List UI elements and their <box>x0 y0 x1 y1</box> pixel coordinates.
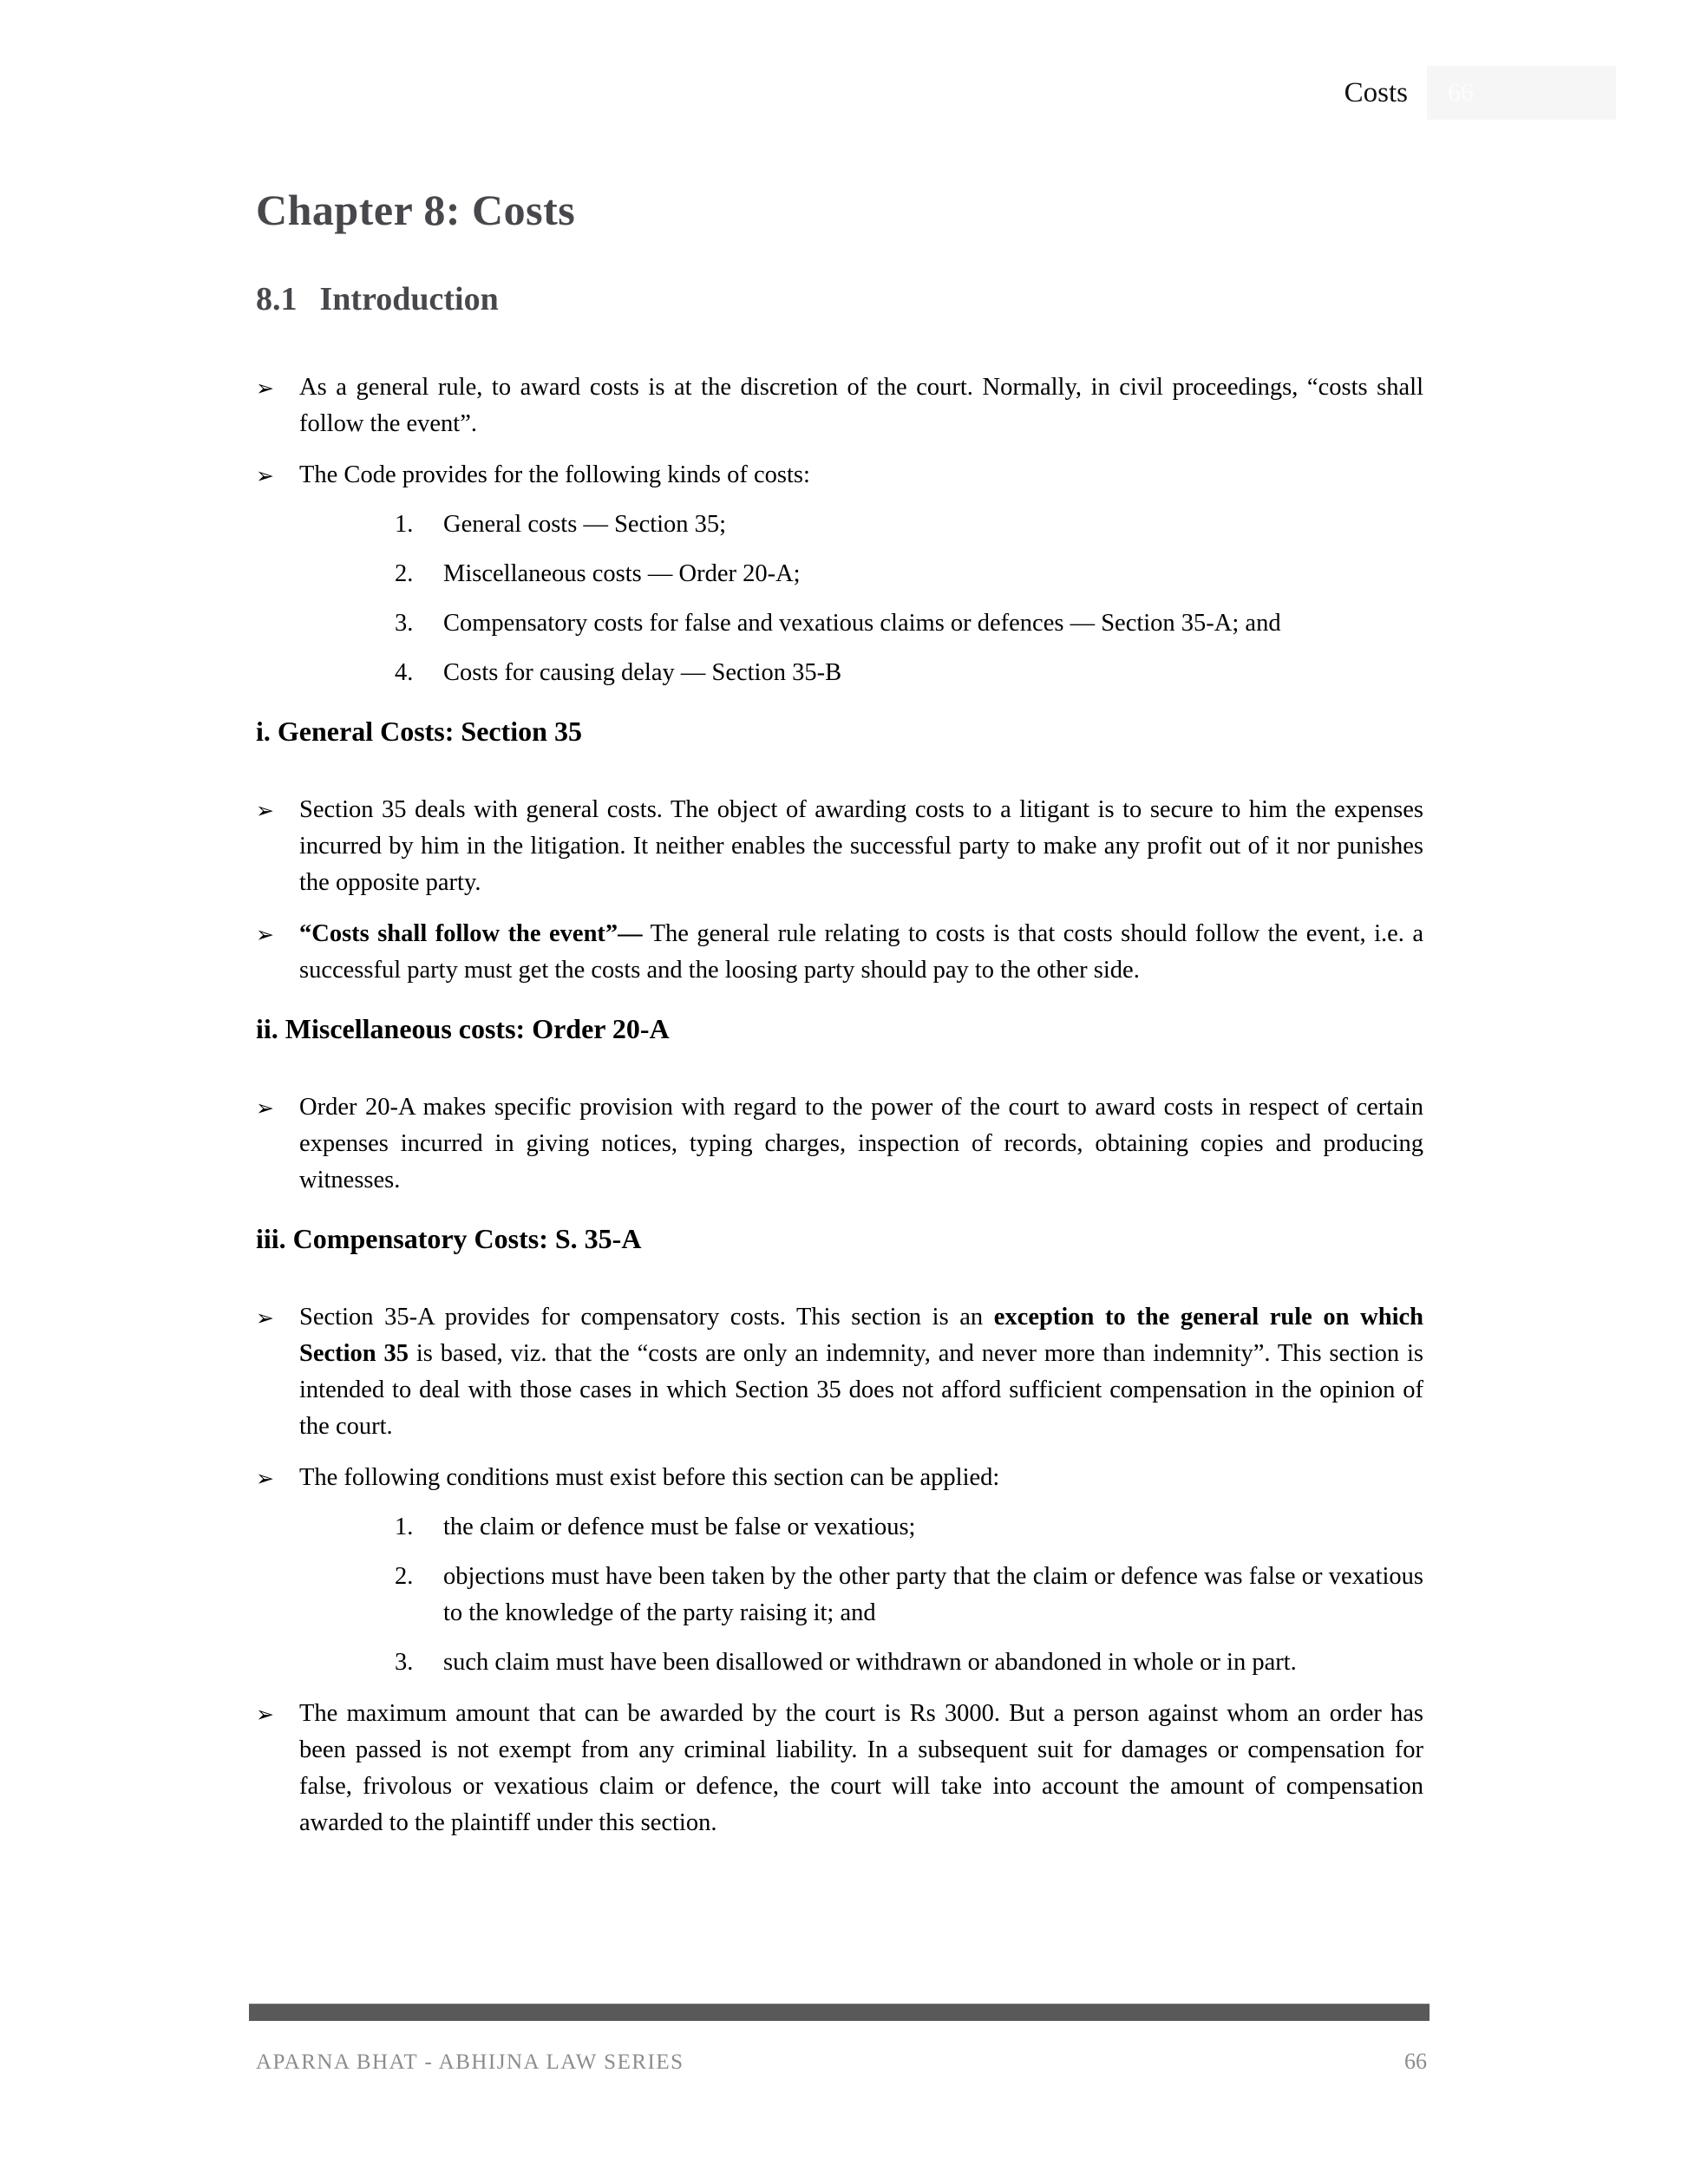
section-heading-compensatory-costs: iii. Compensatory Costs: S. 35-A <box>256 1221 1423 1256</box>
section-number: 8.1 <box>256 281 298 317</box>
paragraph-text: Order 20-A makes specific provision with… <box>299 1089 1423 1199</box>
list-item: 3. Compensatory costs for false and vexa… <box>395 605 1423 642</box>
list-item-text: such claim must have been disallowed or … <box>443 1645 1423 1681</box>
bullet-paragraph: ➢ The maximum amount that can be awarded… <box>256 1696 1423 1841</box>
bullet-paragraph: ➢ “Costs shall follow the event”— The ge… <box>256 916 1423 989</box>
arrow-bullet-icon: ➢ <box>256 1697 274 1733</box>
arrow-bullet-icon: ➢ <box>256 1090 274 1127</box>
list-item-number: 2. <box>395 1559 443 1631</box>
arrow-bullet-icon: ➢ <box>256 793 274 829</box>
section-title-text: Introduction <box>320 281 499 317</box>
arrow-bullet-icon: ➢ <box>256 458 274 494</box>
paragraph-text: Section 35-A provides for compensatory c… <box>299 1299 1423 1445</box>
list-item-text: General costs — Section 35; <box>443 507 1423 543</box>
paragraph-text: The Code provides for the following kind… <box>299 457 1423 494</box>
page-number-badge: 66 <box>1427 66 1616 120</box>
footer-divider-bar <box>249 2004 1430 2021</box>
list-item-number: 1. <box>395 507 443 543</box>
kinds-of-costs-list: 1. General costs — Section 35; 2. Miscel… <box>395 507 1423 691</box>
bullet-paragraph: ➢ Section 35-A provides for compensatory… <box>256 1299 1423 1445</box>
paragraph-text: Section 35 deals with general costs. The… <box>299 792 1423 901</box>
list-item: 2. Miscellaneous costs — Order 20-A; <box>395 556 1423 592</box>
bullet-paragraph: ➢ As a general rule, to award costs is a… <box>256 369 1423 442</box>
list-item: 4. Costs for causing delay — Section 35-… <box>395 655 1423 691</box>
list-item-number: 3. <box>395 605 443 642</box>
paragraph-text: “Costs shall follow the event”— The gene… <box>299 916 1423 989</box>
arrow-bullet-icon: ➢ <box>256 1461 274 1497</box>
document-page: Costs 66 Chapter 8: Costs 8.1Introductio… <box>0 0 1688 2184</box>
section-heading-misc-costs: ii. Miscellaneous costs: Order 20-A <box>256 1011 1423 1046</box>
section-heading-general-costs: i. General Costs: Section 35 <box>256 714 1423 749</box>
list-item: 1. the claim or defence must be false or… <box>395 1509 1423 1546</box>
list-item-number: 3. <box>395 1645 443 1681</box>
page-footer: APARNA BHAT - ABHIJNA LAW SERIES 66 <box>256 2049 1427 2075</box>
list-item: 1. General costs — Section 35; <box>395 507 1423 543</box>
arrow-bullet-icon: ➢ <box>256 1300 274 1337</box>
list-item-text: objections must have been taken by the o… <box>443 1559 1423 1631</box>
section-heading-introduction: 8.1Introduction <box>256 279 1423 319</box>
bullet-paragraph: ➢ Order 20-A makes specific provision wi… <box>256 1089 1423 1199</box>
paragraph-text: The maximum amount that can be awarded b… <box>299 1696 1423 1841</box>
list-item-text: Costs for causing delay — Section 35-B <box>443 655 1423 691</box>
text-run: Section 35-A provides for compensatory c… <box>299 1304 994 1331</box>
list-item: 3. such claim must have been disallowed … <box>395 1645 1423 1681</box>
list-item-number: 1. <box>395 1509 443 1546</box>
bullet-paragraph: ➢ The following conditions must exist be… <box>256 1460 1423 1496</box>
paragraph-text: The following conditions must exist befo… <box>299 1460 1423 1496</box>
arrow-bullet-icon: ➢ <box>256 370 274 407</box>
footer-page-number: 66 <box>1404 2049 1427 2075</box>
list-item-number: 4. <box>395 655 443 691</box>
list-item-number: 2. <box>395 556 443 592</box>
page-content: Chapter 8: Costs 8.1Introduction ➢ As a … <box>256 0 1423 1841</box>
page-number-badge-text: 66 <box>1448 78 1474 108</box>
list-item-text: Compensatory costs for false and vexatio… <box>443 605 1423 642</box>
footer-series-label: APARNA BHAT - ABHIJNA LAW SERIES <box>256 2050 684 2075</box>
conditions-list: 1. the claim or defence must be false or… <box>395 1509 1423 1681</box>
list-item-text: the claim or defence must be false or ve… <box>443 1509 1423 1546</box>
list-item-text: Miscellaneous costs — Order 20-A; <box>443 556 1423 592</box>
bold-run: “Costs shall follow the event”— <box>299 920 643 947</box>
paragraph-text: As a general rule, to award costs is at … <box>299 369 1423 442</box>
arrow-bullet-icon: ➢ <box>256 917 274 953</box>
text-run: is based, viz. that the “costs are only … <box>299 1340 1423 1440</box>
bullet-paragraph: ➢ The Code provides for the following ki… <box>256 457 1423 494</box>
list-item: 2. objections must have been taken by th… <box>395 1559 1423 1631</box>
chapter-title: Chapter 8: Costs <box>256 184 1423 236</box>
bullet-paragraph: ➢ Section 35 deals with general costs. T… <box>256 792 1423 901</box>
